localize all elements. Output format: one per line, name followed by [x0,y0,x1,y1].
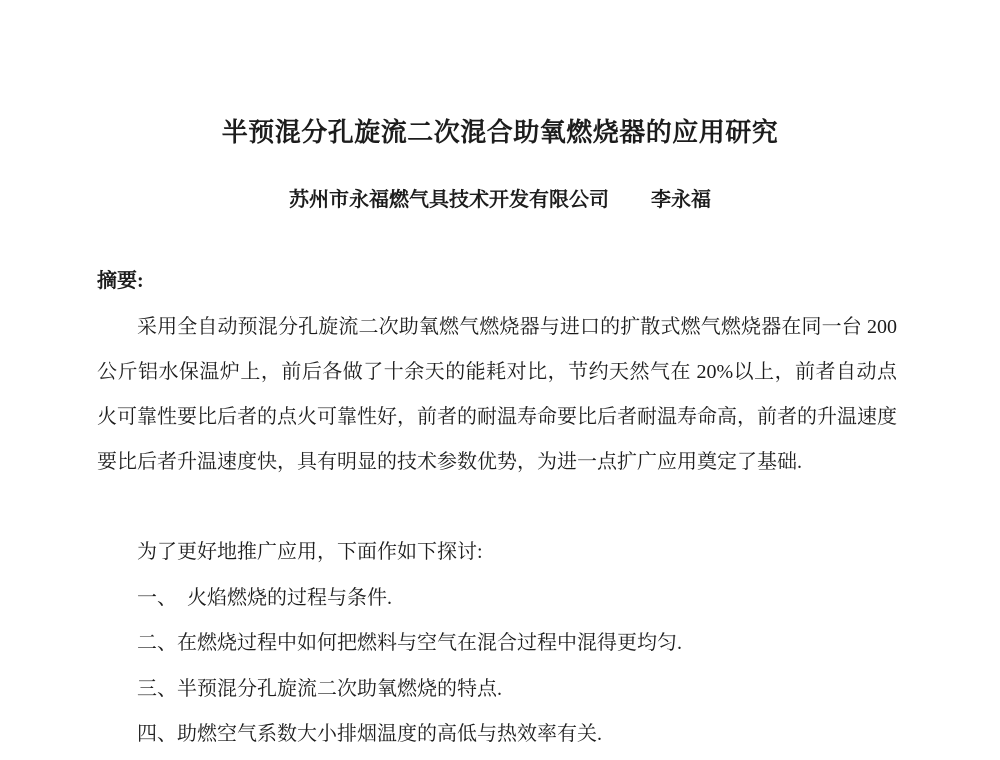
list-item-3-marker: 三、 [137,678,177,700]
list-item-3-text: 半预混分孔旋流二次助氧燃烧的特点. [177,678,502,700]
document-page: 半预混分孔旋流二次混合助氧燃烧器的应用研究 苏州市永福燃气具技术开发有限公司李永… [0,0,1000,760]
scanned-paper-page: { "document": { "title": "半预混分孔旋流二次混合助氧燃… [0,0,1000,760]
list-item-1-marker: 一、 [137,587,167,609]
list-item-4: 四、助燃空气系数大小排烟温度的高低与热效率有关. [97,712,897,758]
list-item-4-text: 助燃空气系数大小排烟温度的高低与热效率有关. [177,723,602,745]
list-item-2-marker: 二、 [137,632,177,654]
list-item-2: 二、在燃烧过程中如何把燃料与空气在混合过程中混得更均匀. [97,621,897,667]
list-item-2-text: 在燃烧过程中如何把燃料与空气在混合过程中混得更均匀. [177,632,682,654]
list-item-4-marker: 四、 [137,723,177,745]
byline: 苏州市永福燃气具技术开发有限公司李永福 [0,183,1000,212]
affiliation-name: 苏州市永福燃气具技术开发有限公司 [289,189,609,211]
list-item-3: 三、半预混分孔旋流二次助氧燃烧的特点. [97,667,897,713]
abstract-label: 摘要: [97,264,144,293]
discussion-intro: 为了更好地推广应用，下面作如下探讨: [97,530,897,576]
discussion-section: 为了更好地推广应用，下面作如下探讨: 一、 火焰燃烧的过程与条件. 二、在燃烧过… [97,530,897,758]
author-name: 李永福 [651,189,711,211]
abstract-text: 采用全自动预混分孔旋流二次助氧燃气燃烧器与进口的扩散式燃气燃烧器在同一台 200… [97,305,897,485]
list-item-1-text: 火焰燃烧的过程与条件. [167,587,392,609]
paper-title: 半预混分孔旋流二次混合助氧燃烧器的应用研究 [0,112,1000,149]
list-item-1: 一、 火焰燃烧的过程与条件. [97,576,897,622]
